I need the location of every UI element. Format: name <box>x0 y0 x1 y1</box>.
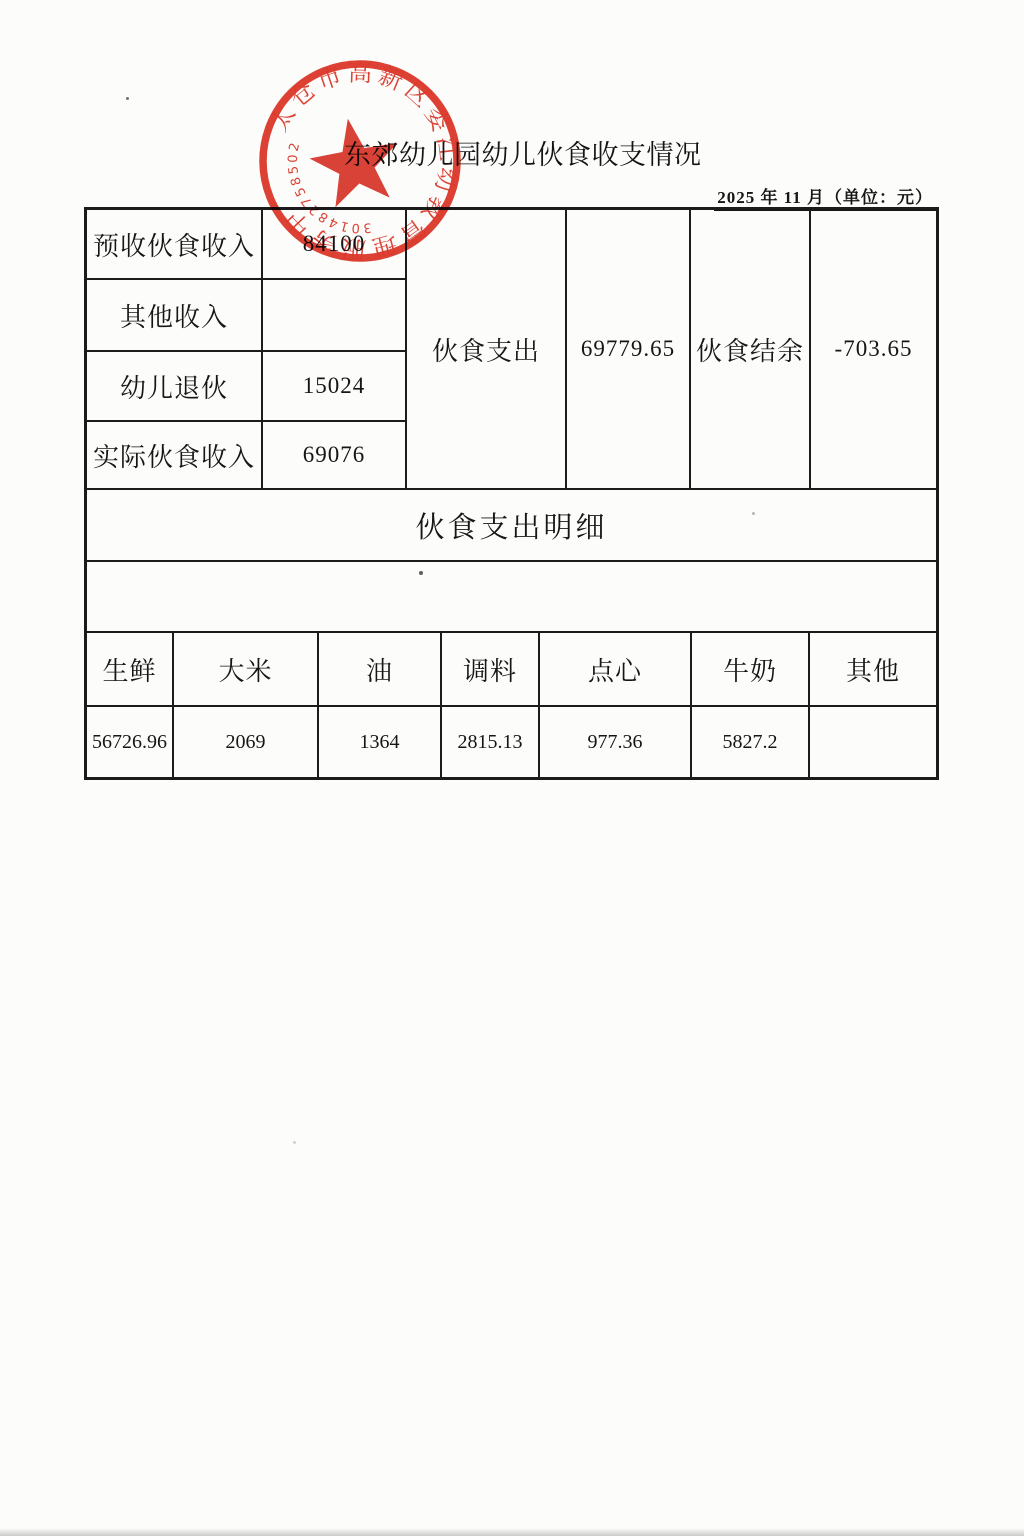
expense-value-cell: 69779.65 <box>567 210 691 490</box>
detail-section: 生鲜 大米 油 调料 点心 牛奶 其他 56726.96 2069 1364 2… <box>87 633 936 777</box>
row-value-actual-income: 69076 <box>263 422 407 490</box>
row-label-other-income: 其他收入 <box>87 280 263 352</box>
scan-speck <box>293 1141 296 1144</box>
detail-col-header: 调料 <box>442 633 540 707</box>
balance-label-cell: 伙食结余 <box>691 210 811 490</box>
scan-speck <box>126 97 129 100</box>
detail-empty-row <box>87 562 936 633</box>
row-label-prepaid-income: 预收伙食收入 <box>87 210 263 280</box>
balance-value-cell: -703.65 <box>811 210 936 490</box>
row-value-child-refund: 15024 <box>263 352 407 422</box>
detail-col-header: 生鲜 <box>87 633 174 707</box>
official-seal: 太仓市高新区娄江幼教管理服务中心 3014827585023 <box>252 53 468 269</box>
row-label-child-refund: 幼儿退伙 <box>87 352 263 422</box>
detail-value-cell: 56726.96 <box>87 707 174 777</box>
detail-col-header: 大米 <box>174 633 319 707</box>
scan-bottom-edge <box>0 1528 1024 1536</box>
detail-value-cell: 1364 <box>319 707 442 777</box>
detail-value-cell: 977.36 <box>540 707 692 777</box>
summary-section: 预收伙食收入 84100 其他收入 幼儿退伙 15024 实际伙食收入 6907… <box>87 210 936 490</box>
detail-col-header: 其他 <box>810 633 936 707</box>
detail-value-cell: 5827.2 <box>692 707 810 777</box>
detail-value-cell <box>810 707 936 777</box>
detail-col-header: 点心 <box>540 633 692 707</box>
detail-value-cell: 2815.13 <box>442 707 540 777</box>
seal-star-icon <box>304 111 407 210</box>
detail-col-header: 油 <box>319 633 442 707</box>
income-expense-table: 预收伙食收入 84100 其他收入 幼儿退伙 15024 实际伙食收入 6907… <box>84 207 939 780</box>
detail-col-header: 牛奶 <box>692 633 810 707</box>
detail-value-cell: 2069 <box>174 707 319 777</box>
scan-speck <box>752 512 755 515</box>
row-label-actual-income: 实际伙食收入 <box>87 422 263 490</box>
scanned-report-page: 东郊幼儿园幼儿伙食收支情况 2025 年 11 月（单位：元） 预收伙食收入 8… <box>0 0 1024 1536</box>
detail-section-header: 伙食支出明细 <box>87 490 936 562</box>
scan-speck <box>419 571 423 575</box>
row-value-other-income <box>263 280 407 352</box>
